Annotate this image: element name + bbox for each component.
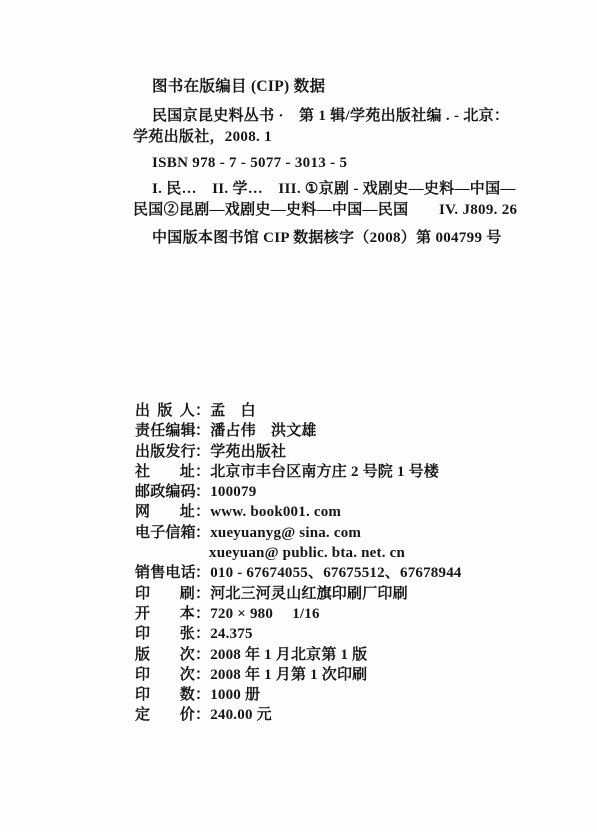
cip-entry-line1: 民国京昆史料丛书 · 第 1 辑/学苑出版社编 . - 北京： xyxy=(133,106,517,127)
colophon-colon: ： xyxy=(195,624,210,644)
colophon-colon: ： xyxy=(195,421,210,441)
cip-heading: 图书在版编目 (CIP) 数据 xyxy=(133,76,517,97)
colophon-value: 潘占伟 洪文雄 xyxy=(210,423,316,439)
colophon-row-printing: 印次：2008 年 1 月第 1 次印刷 xyxy=(135,665,462,685)
colophon-colon: ： xyxy=(195,401,210,421)
colophon-colon: ： xyxy=(195,584,210,604)
colophon-label: 出版人 xyxy=(135,401,195,421)
cip-data-block: 图书在版编目 (CIP) 数据 民国京昆史料丛书 · 第 1 辑/学苑出版社编 … xyxy=(133,76,517,249)
colophon-value: 河北三河灵山红旗印刷厂印刷 xyxy=(210,586,408,602)
colophon-value: 100079 xyxy=(210,484,256,500)
colophon-block: 出版人：孟 白 责任编辑：潘占伟 洪文雄 出版发行：学苑出版社 社址：北京市丰台… xyxy=(135,401,462,726)
colophon-row-sales-phone: 销售电话：010 - 67674055、67675512、67678944 xyxy=(135,563,462,583)
colophon-label: 印次 xyxy=(135,665,195,685)
colophon-value: 2008 年 1 月第 1 次印刷 xyxy=(210,667,367,683)
colophon-label: 出版发行 xyxy=(135,442,195,462)
colophon-colon: ： xyxy=(195,442,210,462)
colophon-colon: ： xyxy=(195,523,210,543)
colophon-row-sheets: 印张：24.375 xyxy=(135,624,462,644)
colophon-label: 责任编辑 xyxy=(135,421,195,441)
colophon-row-publisher-person: 出版人：孟 白 xyxy=(135,401,462,421)
colophon-colon: ： xyxy=(195,462,210,482)
colophon-label: 网址 xyxy=(135,502,195,522)
colophon-value: 孟 白 xyxy=(210,403,256,419)
colophon-row-format: 开本：720 × 980 1/16 xyxy=(135,604,462,624)
colophon-row-address: 社址：北京市丰台区南方庄 2 号院 1 号楼 xyxy=(135,462,462,482)
colophon-value: 北京市丰台区南方庄 2 号院 1 号楼 xyxy=(210,464,439,480)
colophon-row-email: 电子信箱：xueyuanyg@ sina. com xyxy=(135,523,462,543)
colophon-row-website: 网址：www. book001. com xyxy=(135,502,462,522)
colophon-row-publishing-house: 出版发行：学苑出版社 xyxy=(135,442,462,462)
colophon-value: 学苑出版社 xyxy=(210,444,286,460)
cip-record-number-line: 中国版本图书馆 CIP 数据核字（2008）第 004799 号 xyxy=(133,228,517,249)
colophon-colon: ： xyxy=(195,502,210,522)
colophon-label: 印张 xyxy=(135,624,195,644)
colophon-colon: ： xyxy=(195,665,210,685)
colophon-colon: ： xyxy=(195,563,210,583)
colophon-colon: ： xyxy=(195,604,210,624)
colophon-colon: ： xyxy=(195,645,210,665)
colophon-row-editors: 责任编辑：潘占伟 洪文雄 xyxy=(135,421,462,441)
colophon-label: 销售电话 xyxy=(135,563,195,583)
colophon-colon: ： xyxy=(195,705,210,725)
colophon-value: 1000 册 xyxy=(210,687,260,703)
colophon-row-print-run: 印数：1000 册 xyxy=(135,685,462,705)
colophon-value: www. book001. com xyxy=(210,504,341,520)
cip-classification-line1: I. 民… II. 学… III. ①京剧 - 戏剧史—史料—中国— xyxy=(133,179,517,200)
cip-classification-line2: 民国②昆剧—戏剧史—史料—中国—民国 IV. J809. 26 xyxy=(133,200,517,221)
colophon-label: 开本 xyxy=(135,604,195,624)
colophon-row-postal-code: 邮政编码：100079 xyxy=(135,482,462,502)
colophon-label: 版次 xyxy=(135,645,195,665)
colophon-label: 社址 xyxy=(135,462,195,482)
colophon-value: 010 - 67674055、67675512、67678944 xyxy=(210,565,461,581)
colophon-value: 24.375 xyxy=(210,626,252,642)
isbn-line: ISBN 978 - 7 - 5077 - 3013 - 5 xyxy=(133,153,517,174)
cip-entry-line2: 学苑出版社，2008. 1 xyxy=(133,127,517,148)
colophon-label: 邮政编码 xyxy=(135,482,195,502)
colophon-value: 2008 年 1 月北京第 1 版 xyxy=(210,647,367,663)
colophon-value: xueyuanyg@ sina. com xyxy=(210,525,361,541)
colophon-value: 720 × 980 1/16 xyxy=(210,606,319,622)
colophon-label: 电子信箱 xyxy=(135,523,195,543)
colophon-colon: ： xyxy=(195,482,210,502)
colophon-row-printer: 印刷：河北三河灵山红旗印刷厂印刷 xyxy=(135,584,462,604)
colophon-label: 定价 xyxy=(135,705,195,725)
colophon-label: 印数 xyxy=(135,685,195,705)
colophon-row-email-secondary: xueyuan@ public. bta. net. cn xyxy=(135,543,462,563)
colophon-row-price: 定价：240.00 元 xyxy=(135,705,462,725)
colophon-label: 印刷 xyxy=(135,584,195,604)
colophon-value: xueyuan@ public. bta. net. cn xyxy=(209,545,405,561)
colophon-row-edition: 版次：2008 年 1 月北京第 1 版 xyxy=(135,645,462,665)
colophon-colon: ： xyxy=(195,685,210,705)
colophon-value: 240.00 元 xyxy=(210,707,272,723)
copyright-page: 图书在版编目 (CIP) 数据 民国京昆史料丛书 · 第 1 辑/学苑出版社编 … xyxy=(0,0,597,832)
